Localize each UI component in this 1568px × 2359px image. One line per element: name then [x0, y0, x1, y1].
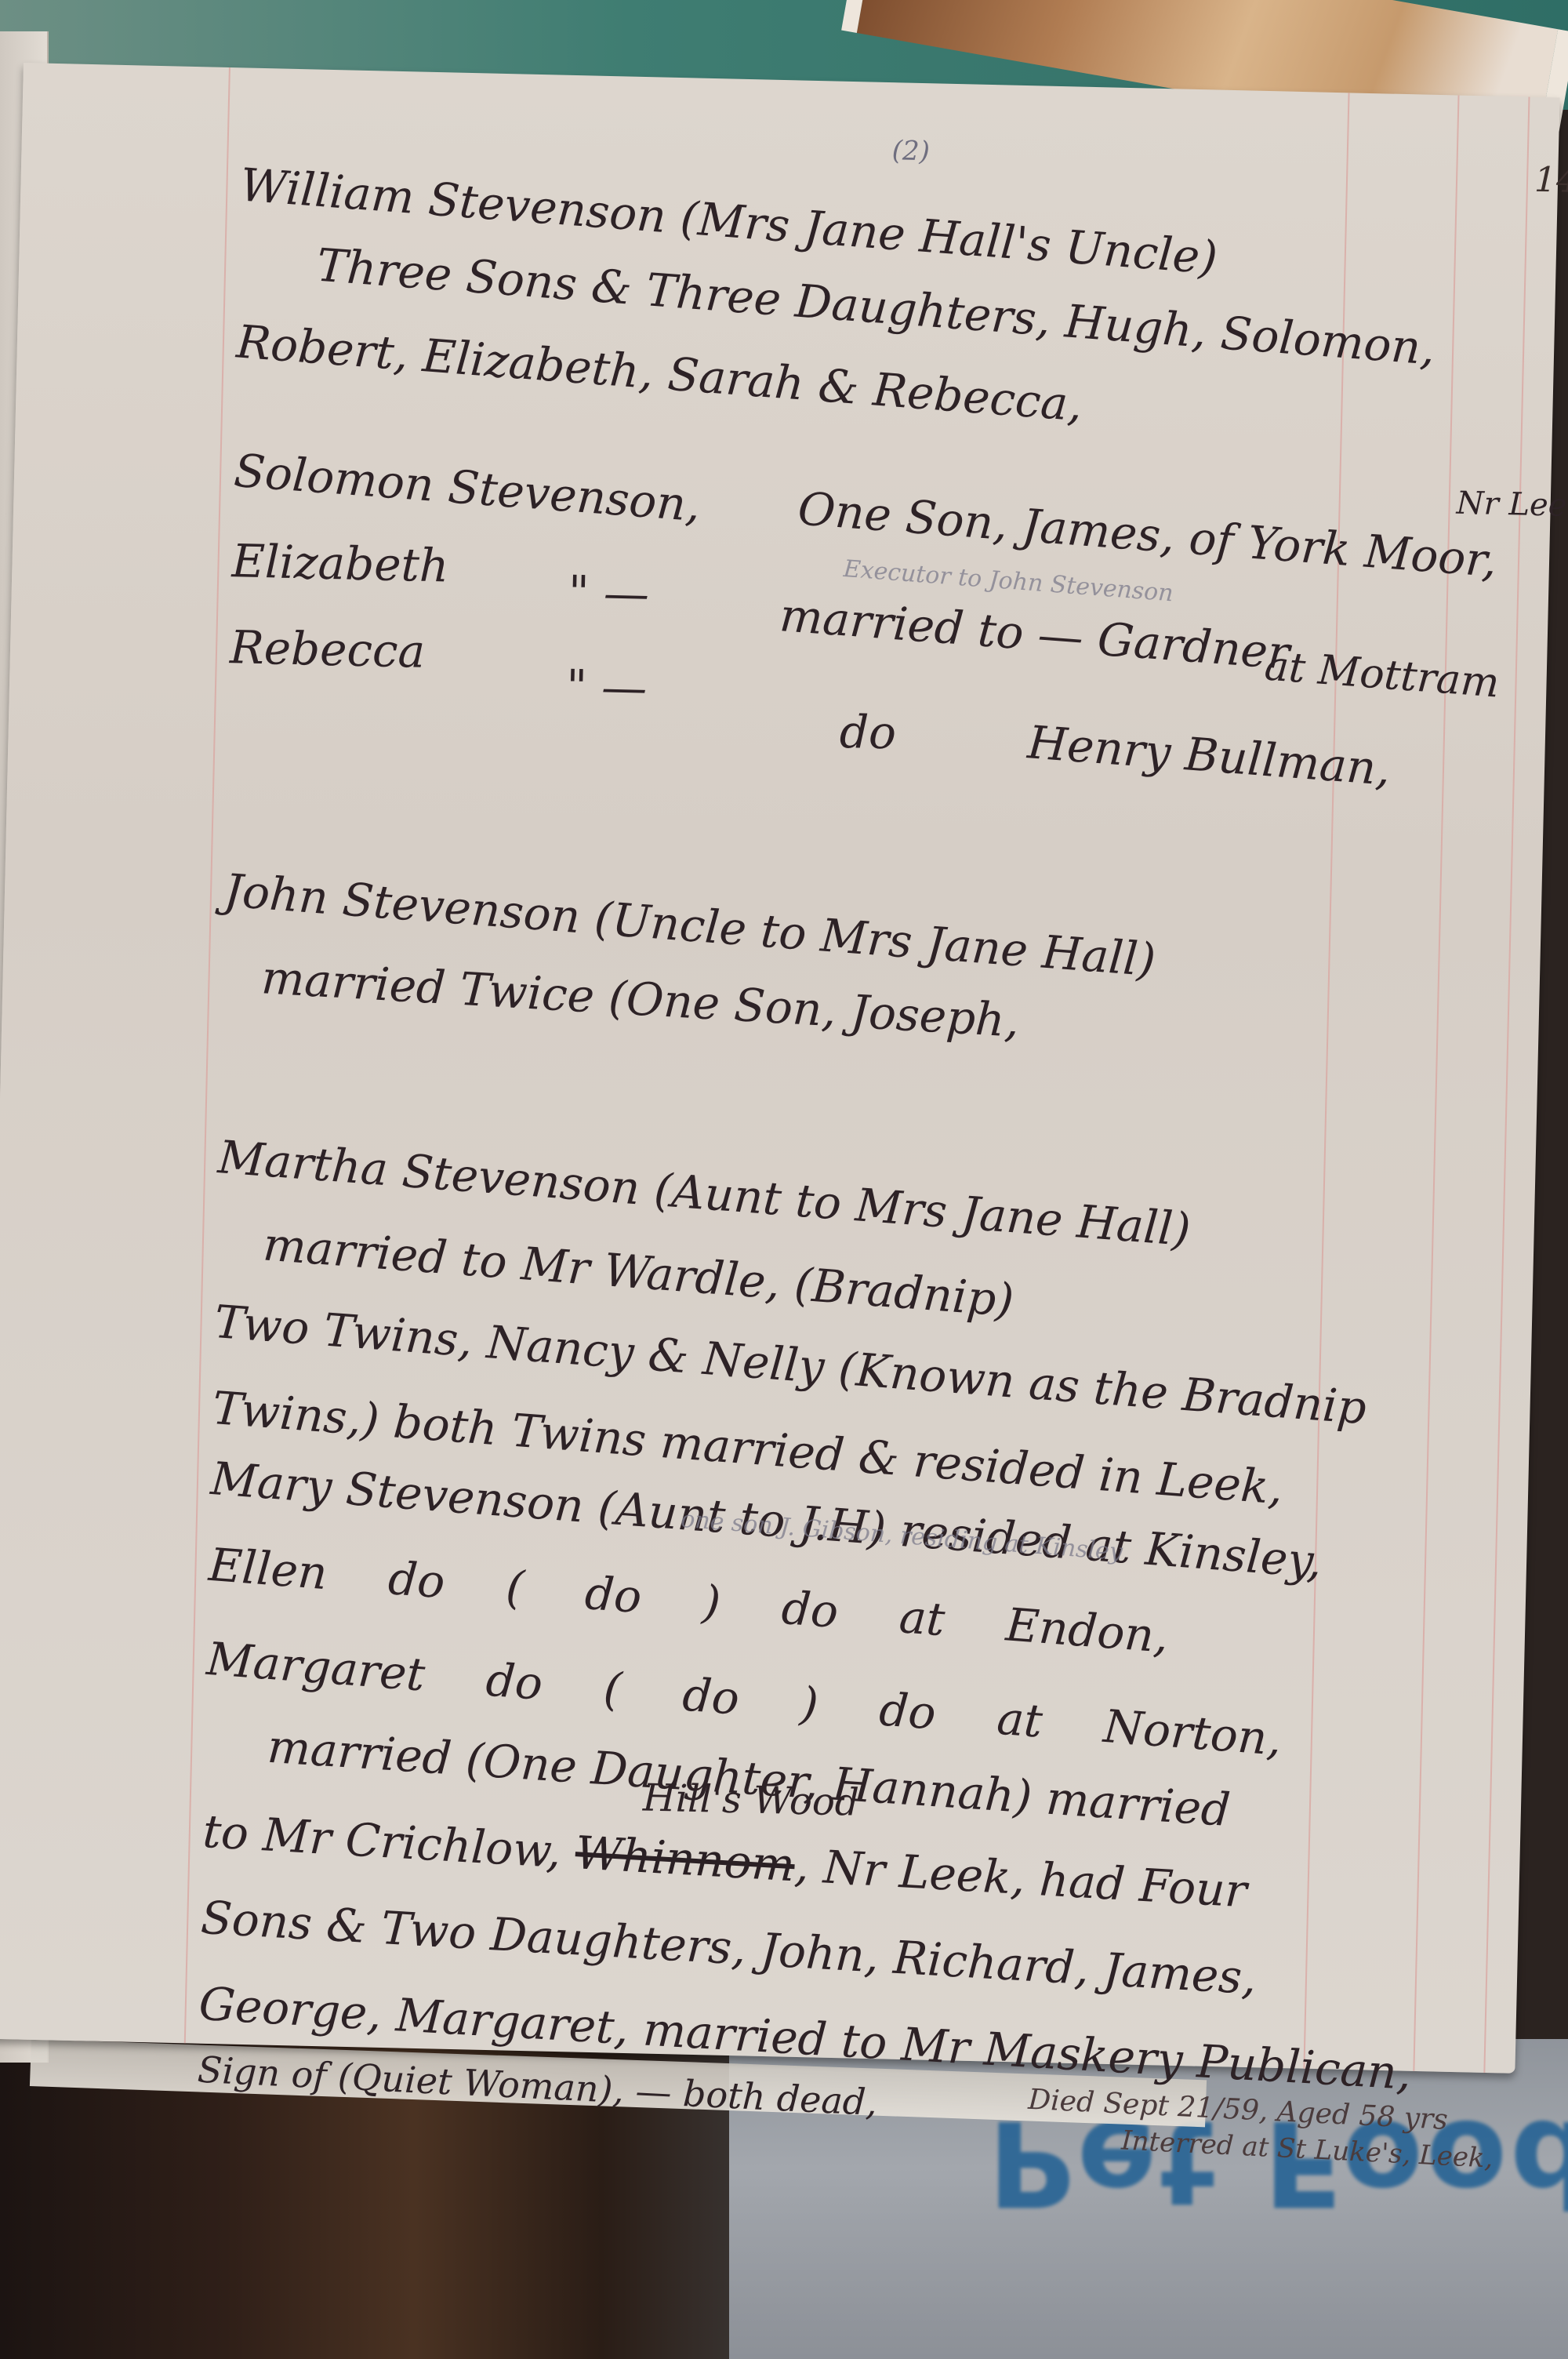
- text-to-mr-crichlow: to Mr Crichlow,: [201, 1805, 563, 1878]
- margin-note-nr-leek: Nr Leek: [1456, 488, 1568, 522]
- entry-martha-stevenson: Martha Stevenson (Aunt to Mrs Jane Hall)…: [219, 1134, 1536, 1164]
- name-solomon: Solomon Stevenson,: [233, 448, 702, 529]
- text-nr-leek: , Nr Leek, had Four: [793, 1838, 1249, 1917]
- insert-hills-wood: Hill's Wood: [642, 1779, 859, 1821]
- column-rule-2: [1413, 96, 1459, 2071]
- margin-rule-left: [184, 67, 230, 2043]
- ditto-mark: " —: [568, 569, 649, 616]
- name-elizabeth: Elizabeth: [231, 538, 449, 588]
- entry-john-stevenson: John Stevenson (Uncle to Mrs Jane Hall) …: [225, 867, 1542, 897]
- ditto-mark: " —: [565, 663, 647, 711]
- reference-marker: (2): [891, 137, 930, 165]
- ledger-page: 14 William Stevenson (Mrs Jane Hall's Un…: [0, 63, 1559, 2074]
- place-mottram: at Mottram: [1263, 645, 1501, 703]
- detail-elizabeth: married to — Gardner: [779, 592, 1291, 676]
- entry-william-stevenson: William Stevenson (Mrs Jane Hall's Uncle…: [241, 122, 1559, 152]
- column-rule-1: [1303, 93, 1349, 2068]
- page-number: 14: [1534, 160, 1568, 201]
- entry-solomon-group: Solomon Stevenson, One Son, James, of Yo…: [234, 460, 1552, 489]
- name-rebecca: Rebecca: [230, 624, 426, 674]
- ditto-do: do: [839, 709, 896, 756]
- detail-rebecca: Henry Bullman,: [1026, 719, 1392, 792]
- entry-line: Sons & Two Daughters, John, Richard, Jam…: [200, 1895, 1258, 2001]
- struck-word: Whinnom: [574, 1826, 797, 1892]
- column-rule-3: [1483, 97, 1530, 2073]
